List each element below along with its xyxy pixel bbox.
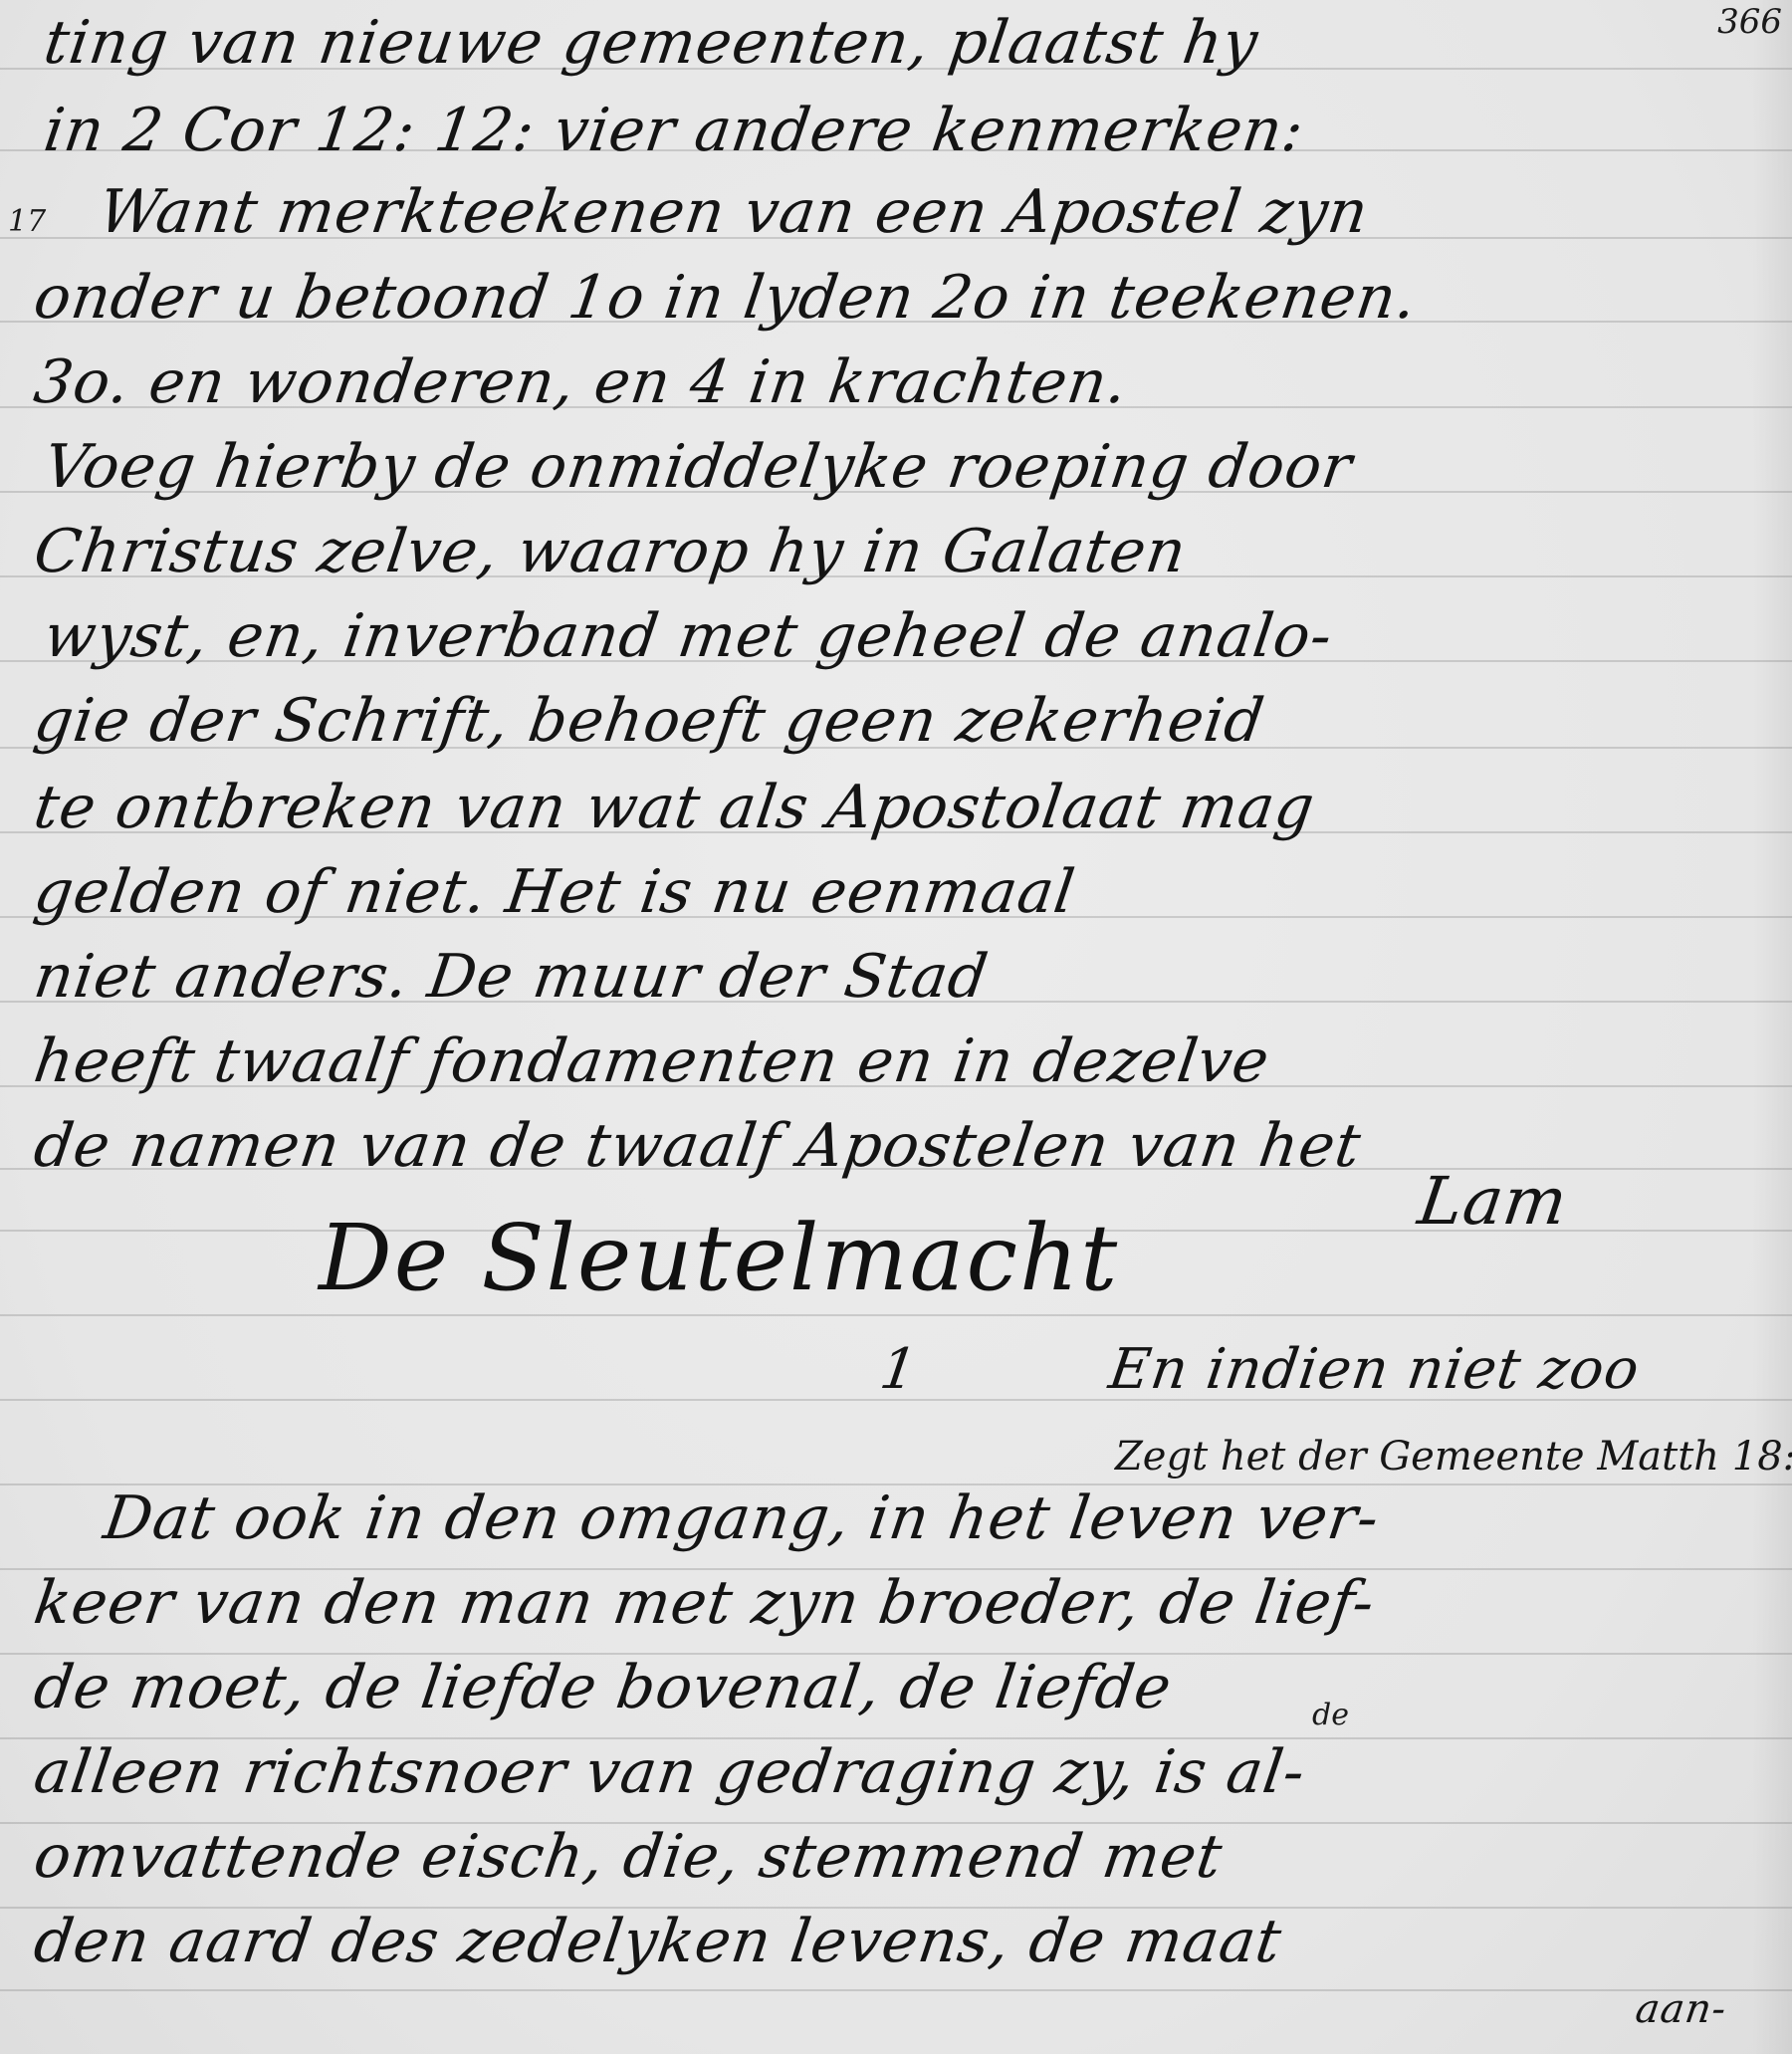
text-line: gie der Schrift, behoeft geen zekerheid (30, 686, 1269, 756)
text-line: Want merkteekenen van een Apostel zyn (95, 177, 1373, 247)
section-number: 1 (876, 1337, 922, 1402)
verse-marker: 17 (8, 204, 46, 239)
ruled-line (0, 1989, 1792, 1991)
text-line: keer van den man met zyn broeder, de lie… (30, 1568, 1379, 1638)
ruled-line (0, 1314, 1792, 1316)
text-line: de moet, de liefde bovenal, de liefde (30, 1653, 1176, 1722)
scripture-reference: Zegt het der Gemeente Matth 18:17a (1115, 1434, 1792, 1480)
page-number: 366 (1717, 2, 1782, 42)
manuscript-page: 366 17 ting van nieuwe gemeenten, plaats… (0, 0, 1792, 2054)
text-line: gelden of niet. Het is nu eenmaal (30, 857, 1079, 927)
text-line: aan- (1633, 1986, 1729, 2032)
text-line: Voeg hierby de onmiddelyke roeping door (40, 432, 1357, 502)
text-line: 3o. en wonderen, en 4 in krachten. (30, 347, 1132, 417)
text-line: omvattende eisch, die, stemmend met (30, 1822, 1227, 1892)
page-edge-shadow (1752, 0, 1792, 2054)
text-line: te ontbreken van wat als Apostolaat mag (30, 773, 1319, 842)
text-line: in 2 Cor 12: 12: vier andere kenmerken: (40, 96, 1308, 165)
text-line: Christus zelve, waarop hy in Galaten (30, 517, 1191, 586)
text-line: de namen van de twaalf Apostelen van het (30, 1111, 1366, 1181)
text-line: den aard des zedelyken levens, de maat (30, 1907, 1286, 1976)
section-title: De Sleutelmacht (319, 1205, 1119, 1311)
text-line: heeft twaalf fondamenten en in dezelve (30, 1027, 1274, 1096)
text-line: niet anders. De muur der Stad (30, 942, 993, 1012)
interlinear-insertion: de (1312, 1698, 1349, 1732)
section-opening: En indien niet zoo (1105, 1337, 1644, 1402)
text-line: wyst, en, inverband met geheel de analo- (40, 601, 1337, 671)
text-line: onder u betoond 1o in lyden 2o in teeken… (30, 263, 1422, 333)
text-line: Lam (1414, 1163, 1573, 1240)
text-line: alleen richtsnoer van gedraging zy, is a… (30, 1737, 1310, 1807)
text-line: ting van nieuwe gemeenten, plaatst hy (40, 8, 1262, 78)
text-line: Dat ook in den omgang, in het leven ver- (100, 1483, 1384, 1553)
